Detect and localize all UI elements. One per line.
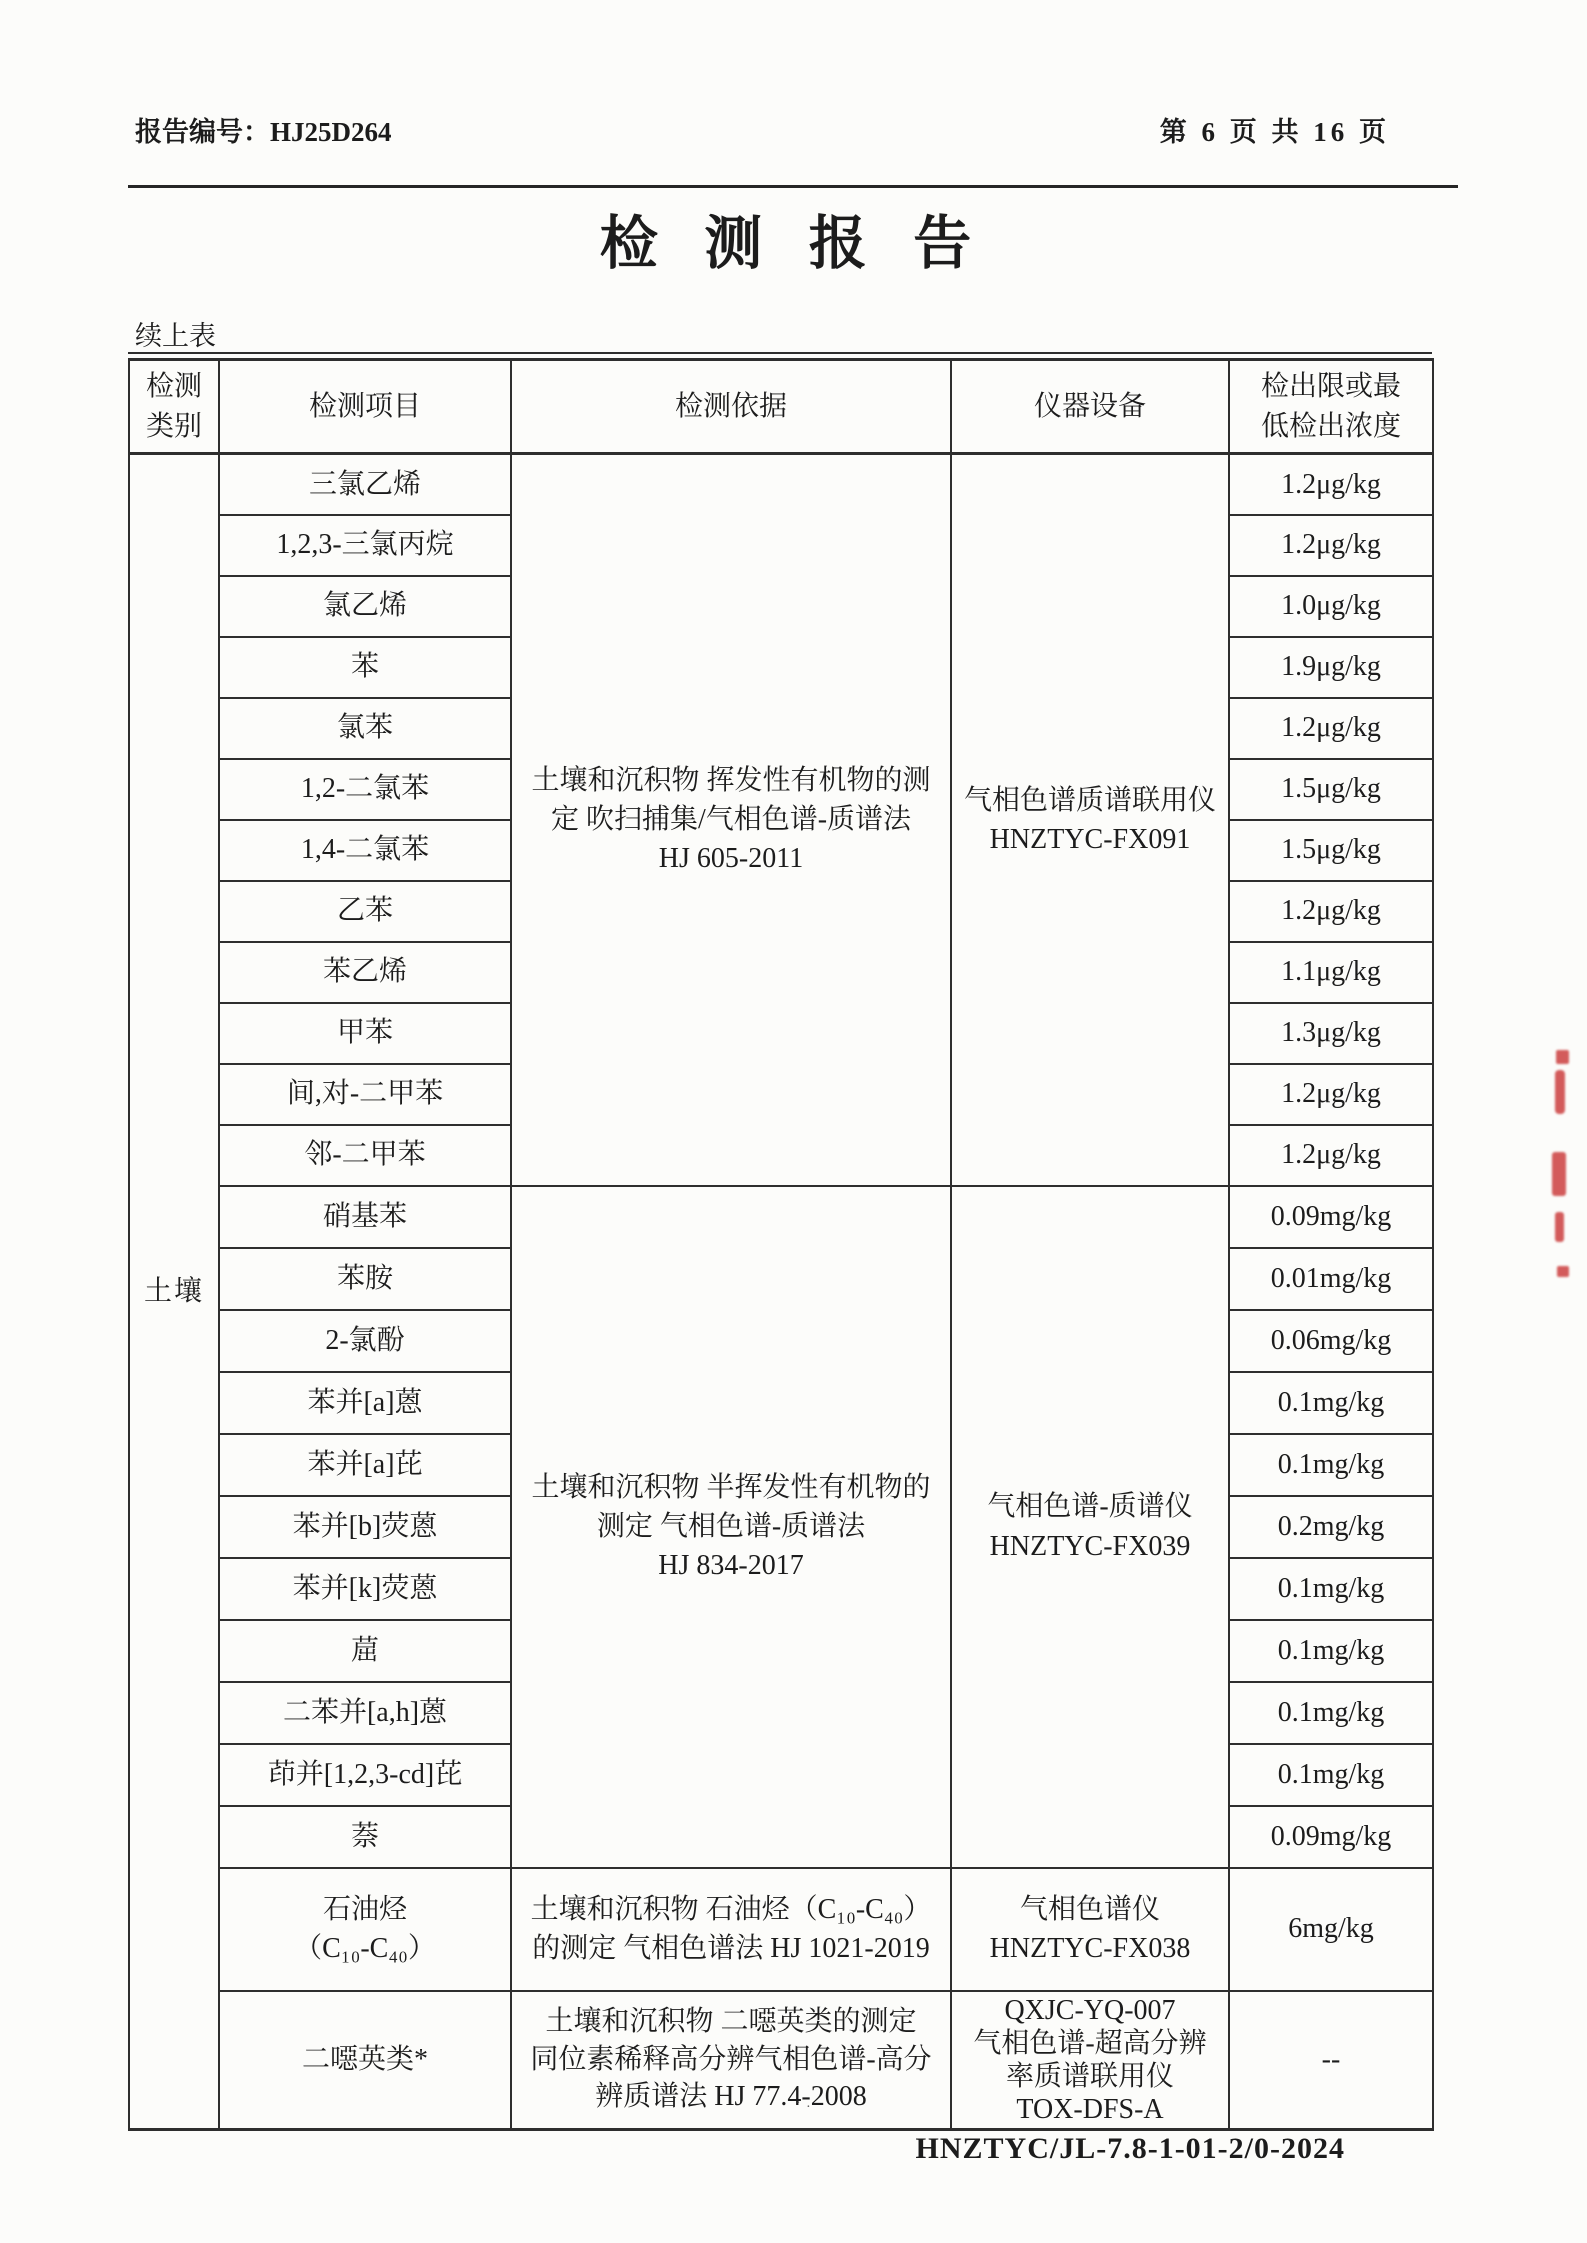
limit-cell: 0.1mg/kg: [1229, 1372, 1433, 1434]
document-code: HNZTYC/JL-7.8-1-01-2/0-2024: [916, 2132, 1345, 2166]
test-items-table: 检测 类别 检测项目 检测依据 仪器设备 检出限或最 低检出浓度 土壤 三氯乙烯…: [128, 358, 1434, 2131]
item-cell: 邻-二甲苯: [219, 1125, 511, 1186]
column-header-instrument: 仪器设备: [951, 360, 1229, 454]
column-header-category: 检测 类别: [129, 360, 219, 454]
item-cell: 二苯并[a,h]蒽: [219, 1682, 511, 1744]
method-cell: 土壤和沉积物 二噁英类的测定 同位素稀释高分辨气相色谱-高分 辨质谱法 HJ 7…: [511, 1991, 951, 2130]
column-header-method: 检测依据: [511, 360, 951, 454]
limit-cell: 1.2μg/kg: [1229, 454, 1433, 515]
instrument-cell: 气相色谱-质谱仪 HNZTYC-FX039: [951, 1186, 1229, 1868]
item-cell: 茚并[1,2,3-cd]芘: [219, 1744, 511, 1806]
limit-cell: 1.9μg/kg: [1229, 637, 1433, 698]
item-cell: 䓛: [219, 1620, 511, 1682]
column-header-limit: 检出限或最 低检出浓度: [1229, 360, 1433, 454]
item-cell: 石油烃 （C₁₀-C₄₀）: [219, 1868, 511, 1991]
item-cell: 1,2,3-三氯丙烷: [219, 515, 511, 576]
document-header: 报告编号：HJ25D264 第 6 页 共 16 页: [135, 110, 1390, 149]
method-cell: 土壤和沉积物 半挥发性有机物的 测定 气相色谱-质谱法 HJ 834-2017: [511, 1186, 951, 1868]
instrument-cell: 气相色谱仪 HNZTYC-FX038: [951, 1868, 1229, 1991]
table-row: 土壤 三氯乙烯 土壤和沉积物 挥发性有机物的测 定 吹扫捕集/气相色谱-质谱法 …: [129, 454, 1433, 515]
limit-cell: 1.2μg/kg: [1229, 881, 1433, 942]
item-cell: 甲苯: [219, 1003, 511, 1064]
item-cell: 苯乙烯: [219, 942, 511, 1003]
limit-cell: 1.0μg/kg: [1229, 576, 1433, 637]
method-cell: 土壤和沉积物 挥发性有机物的测 定 吹扫捕集/气相色谱-质谱法 HJ 605-2…: [511, 454, 951, 1186]
limit-cell: 1.3μg/kg: [1229, 1003, 1433, 1064]
continuation-note: 续上表: [135, 314, 216, 353]
item-cell: 三氯乙烯: [219, 454, 511, 515]
item-cell: 硝基苯: [219, 1186, 511, 1248]
item-cell: 萘: [219, 1806, 511, 1868]
limit-cell: 1.2μg/kg: [1229, 698, 1433, 759]
limit-cell: 1.2μg/kg: [1229, 515, 1433, 576]
limit-cell: 1.2μg/kg: [1229, 1125, 1433, 1186]
page-indicator: 第 6 页 共 16 页: [1160, 110, 1390, 149]
table-row: 石油烃 （C₁₀-C₄₀） 土壤和沉积物 石油烃（C₁₀-C₄₀） 的测定 气相…: [129, 1868, 1433, 1991]
red-stamp-fragment: [1555, 1212, 1564, 1242]
limit-cell: --: [1229, 1991, 1433, 2130]
report-page: 报告编号：HJ25D264 第 6 页 共 16 页 检 测 报 告 续上表 检…: [0, 0, 1587, 2243]
limit-cell: 0.1mg/kg: [1229, 1558, 1433, 1620]
item-cell: 苯并[a]蒽: [219, 1372, 511, 1434]
item-cell: 氯苯: [219, 698, 511, 759]
limit-cell: 0.1mg/kg: [1229, 1744, 1433, 1806]
item-cell: 间,对-二甲苯: [219, 1064, 511, 1125]
limit-cell: 1.5μg/kg: [1229, 820, 1433, 881]
red-stamp-fragment: [1556, 1050, 1569, 1064]
item-cell: 苯: [219, 637, 511, 698]
item-cell: 1,2-二氯苯: [219, 759, 511, 820]
limit-cell: 0.09mg/kg: [1229, 1186, 1433, 1248]
limit-cell: 1.1μg/kg: [1229, 942, 1433, 1003]
item-cell: 苯并[a]芘: [219, 1434, 511, 1496]
limit-cell: 0.1mg/kg: [1229, 1434, 1433, 1496]
limit-cell: 0.2mg/kg: [1229, 1496, 1433, 1558]
report-number: 报告编号：HJ25D264: [135, 110, 392, 149]
red-stamp-fragment: [1557, 1266, 1569, 1277]
item-cell: 乙苯: [219, 881, 511, 942]
limit-cell: 1.2μg/kg: [1229, 1064, 1433, 1125]
column-header-item: 检测项目: [219, 360, 511, 454]
category-cell: 土壤: [129, 454, 219, 2130]
limit-cell: 0.1mg/kg: [1229, 1620, 1433, 1682]
limit-cell: 0.01mg/kg: [1229, 1248, 1433, 1310]
red-stamp-fragment: [1552, 1152, 1566, 1196]
table-row: 二噁英类* 土壤和沉积物 二噁英类的测定 同位素稀释高分辨气相色谱-高分 辨质谱…: [129, 1991, 1433, 2130]
table-header-row: 检测 类别 检测项目 检测依据 仪器设备 检出限或最 低检出浓度: [129, 360, 1433, 454]
item-cell: 苯并[b]荧蒽: [219, 1496, 511, 1558]
item-cell: 二噁英类*: [219, 1991, 511, 2130]
item-cell: 2-氯酚: [219, 1310, 511, 1372]
table-row: 硝基苯 土壤和沉积物 半挥发性有机物的 测定 气相色谱-质谱法 HJ 834-2…: [129, 1186, 1433, 1248]
limit-cell: 0.09mg/kg: [1229, 1806, 1433, 1868]
limit-cell: 0.1mg/kg: [1229, 1682, 1433, 1744]
instrument-cell: 气相色谱质谱联用仪 HNZTYC-FX091: [951, 454, 1229, 1186]
method-cell: 土壤和沉积物 石油烃（C₁₀-C₄₀） 的测定 气相色谱法 HJ 1021-20…: [511, 1868, 951, 1991]
limit-cell: 0.06mg/kg: [1229, 1310, 1433, 1372]
item-cell: 苯并[k]荧蒽: [219, 1558, 511, 1620]
page-title: 检 测 报 告: [0, 196, 1587, 280]
red-stamp-fragment: [1555, 1070, 1565, 1114]
item-cell: 1,4-二氯苯: [219, 820, 511, 881]
table-top-rule: [128, 352, 1432, 354]
limit-cell: 6mg/kg: [1229, 1868, 1433, 1991]
limit-cell: 1.5μg/kg: [1229, 759, 1433, 820]
header-divider: [128, 185, 1458, 188]
instrument-cell: QXJC-YQ-007 气相色谱-超高分辨 率质谱联用仪 TOX-DFS-A: [951, 1991, 1229, 2130]
scan-smudge: ·.: [796, 2096, 816, 2112]
item-cell: 苯胺: [219, 1248, 511, 1310]
item-cell: 氯乙烯: [219, 576, 511, 637]
